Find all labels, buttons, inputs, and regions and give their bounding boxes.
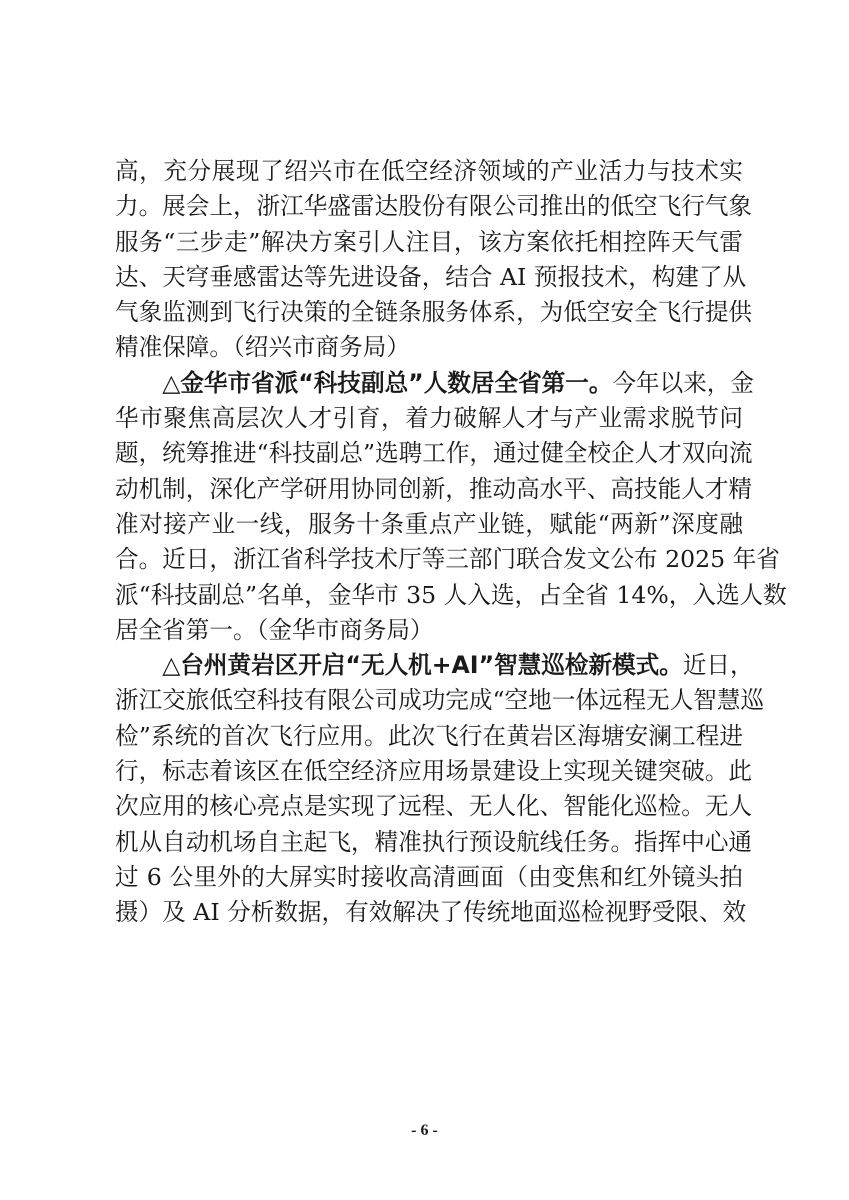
text-line: 精准保障。（绍兴市商务局） xyxy=(115,330,743,365)
text-line: 动机制，深化产学研用协同创新，推动高水平、高技能人才精 xyxy=(115,472,743,507)
text-line: 题，统筹推进“科技副总”选聘工作，通过健全校企人才双向流 xyxy=(115,436,743,471)
text-line: 过 6 公里外的大屏实时接收高清画面（由变焦和红外镜头拍 xyxy=(115,860,743,895)
text-line: 机从自动机场自主起飞，精准执行预设航线任务。指挥中心通 xyxy=(115,825,743,860)
text-line: 检”系统的首次飞行应用。此次飞行在黄岩区海塘安澜工程进 xyxy=(115,719,743,754)
text-line: 高，充分展现了绍兴市在低空经济领域的产业活力与技术实 xyxy=(115,154,743,189)
text-line: 派“科技副总”名单，金华市 35 人入选，占全省 14%，入选人数 xyxy=(115,578,743,613)
text-run: 今年以来，金 xyxy=(612,369,754,397)
text-line: 合。近日，浙江省科学技术厅等三部门联合发文公布 2025 年省 xyxy=(115,542,743,577)
paragraph-first-line: △金华市省派“科技副总”人数居全省第一。今年以来，金 xyxy=(115,366,743,401)
text-line: 次应用的核心亮点是实现了远程、无人化、智能化巡检。无人 xyxy=(115,789,743,824)
paragraph-taizhou: △台州黄岩区开启“无人机+AI”智慧巡检新模式。近日， 浙江交旅低空科技有限公司… xyxy=(115,648,743,930)
paragraph-first-line: △台州黄岩区开启“无人机+AI”智慧巡检新模式。近日， xyxy=(115,648,743,683)
paragraph-heading: △台州黄岩区开启“无人机+AI”智慧巡检新模式。 xyxy=(162,651,683,679)
text-line: 行，标志着该区在低空经济应用场景建设上实现关键突破。此 xyxy=(115,754,743,789)
paragraph-shaoxing: 高，充分展现了绍兴市在低空经济领域的产业活力与技术实 力。展会上，浙江华盛雷达股… xyxy=(115,154,743,366)
text-line: 准对接产业一线，服务十条重点产业链，赋能“两新”深度融 xyxy=(115,507,743,542)
paragraph-heading: △金华市省派“科技副总”人数居全省第一。 xyxy=(162,369,612,397)
text-line: 浙江交旅低空科技有限公司成功完成“空地一体远程无人智慧巡 xyxy=(115,683,743,718)
text-line: 气象监测到飞行决策的全链条服务体系，为低空安全飞行提供 xyxy=(115,295,743,330)
text-line: 华市聚焦高层次人才引育，着力破解人才与产业需求脱节问 xyxy=(115,401,743,436)
text-line: 力。展会上，浙江华盛雷达股份有限公司推出的低空飞行气象 xyxy=(115,189,743,224)
document-body: 高，充分展现了绍兴市在低空经济领域的产业活力与技术实 力。展会上，浙江华盛雷达股… xyxy=(115,154,743,931)
text-line: 居全省第一。（金华市商务局） xyxy=(115,613,743,648)
text-line: 摄）及 AI 分析数据，有效解决了传统地面巡检视野受限、效 xyxy=(115,895,743,930)
text-line: 服务“三步走”解决方案引人注目，该方案依托相控阵天气雷 xyxy=(115,225,743,260)
text-run: 近日， xyxy=(683,651,754,679)
paragraph-jinhua: △金华市省派“科技副总”人数居全省第一。今年以来，金 华市聚焦高层次人才引育，着… xyxy=(115,366,743,648)
text-line: 达、天穹垂感雷达等先进设备，结合 AI 预报技术，构建了从 xyxy=(115,260,743,295)
page-number: - 6 - xyxy=(0,1122,849,1140)
document-page: 高，充分展现了绍兴市在低空经济领域的产业活力与技术实 力。展会上，浙江华盛雷达股… xyxy=(0,0,849,1200)
